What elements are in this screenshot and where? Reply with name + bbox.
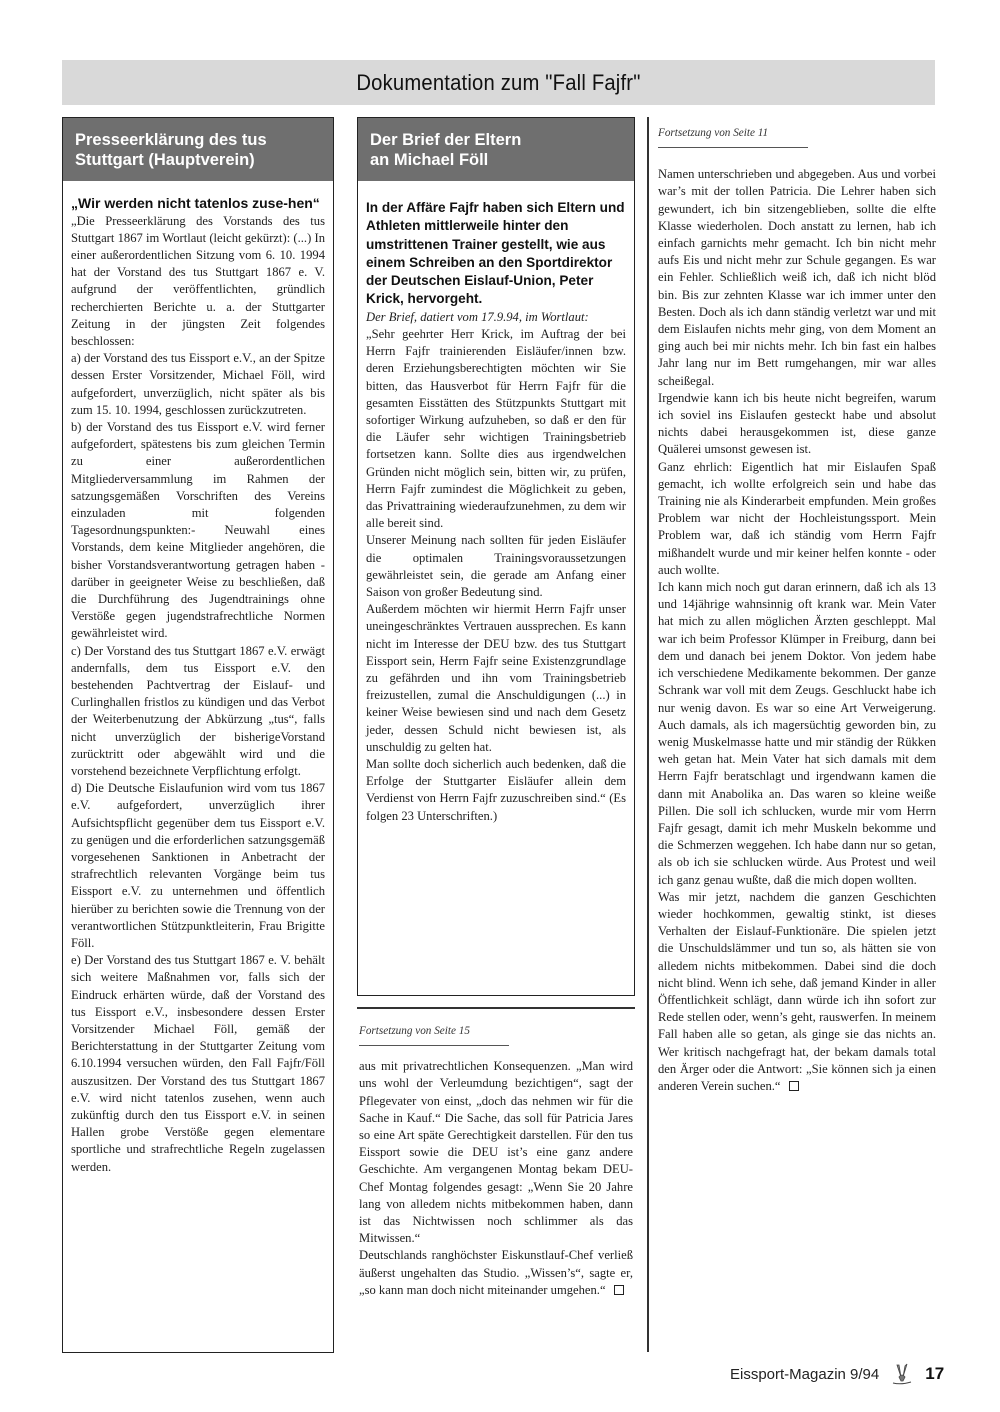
paragraph: Irgendwie kann ich bis heute nicht begre… [658, 390, 936, 459]
parents-letter-box: Der Brief der Eltern an Michael Föll In … [357, 117, 635, 996]
paragraph: Man sollte doch sicherlich auch bedenken… [366, 756, 626, 825]
paragraph: Ich kann mich noch gut daran erinnern, d… [658, 579, 936, 889]
paragraph: b) der Vorstand des tus Eissport e.V. wi… [71, 419, 325, 643]
paragraph: d) Die Deutsche Eislaufunion wird vom tu… [71, 780, 325, 952]
continuation-label: Fortsetzung von Seite 11 [658, 125, 808, 148]
paragraph-text: Deutschlands ranghöchster Eiskunstlauf-C… [359, 1248, 633, 1296]
header-line: Presseerklärung des tus [75, 130, 321, 150]
header-line: Stuttgart (Hauptverein) [75, 150, 321, 170]
paragraph: Ganz ehrlich: Eigentlich hat mir Eislauf… [658, 459, 936, 579]
paragraph: Unserer Meinung nach sollten für jeden E… [366, 532, 626, 601]
parents-letter-header: Der Brief der Eltern an Michael Föll [358, 118, 634, 181]
page-title-band: Dokumentation zum "Fall Fajfr" [62, 60, 935, 105]
parents-letter-body: In der Affäre Fajfr haben sich Eltern un… [358, 181, 634, 825]
press-release-box: Presseerklärung des tus Stuttgart (Haupt… [62, 117, 334, 1353]
parents-letter-intro: Der Brief, datiert vom 17.9.94, im Wortl… [366, 309, 626, 326]
right-column: Fortsetzung von Seite 11 Namen unterschr… [658, 124, 936, 1095]
paragraph: „Sehr geehrter Herr Krick, im Auftrag de… [366, 326, 626, 532]
paragraph: e) Der Vorstand des tus Stuttgart 1867 e… [71, 952, 325, 1176]
paragraph: aus mit privatrechtlichen Konsequenzen. … [359, 1058, 633, 1247]
section-divider [357, 1007, 635, 1009]
press-release-body: „Wir werden nicht tatenlos zuse-hen“ „Di… [63, 181, 333, 1176]
page-footer: Eissport-Magazin 9/94 17 [730, 1361, 960, 1387]
magazine-issue: Eissport-Magazin 9/94 [730, 1366, 879, 1383]
page-number: 17 [925, 1364, 944, 1384]
column-divider [647, 117, 649, 1352]
paragraph: Namen unterschrieben und abgegeben. Aus … [658, 166, 936, 390]
header-line: Der Brief der Eltern [370, 130, 622, 150]
paragraph: Was mir jetzt, nachdem die ganzen Geschi… [658, 889, 936, 1095]
page-title: Dokumentation zum "Fall Fajfr" [356, 70, 640, 96]
paragraph: „Die Presseerklärung des Vorstands des t… [71, 213, 325, 351]
paragraph: a) der Vorstand des tus Eissport e.V., a… [71, 350, 325, 419]
paragraph-text: Was mir jetzt, nachdem die ganzen Geschi… [658, 890, 936, 1093]
press-release-header: Presseerklärung des tus Stuttgart (Haupt… [63, 118, 333, 181]
header-line: an Michael Föll [370, 150, 622, 170]
parents-letter-lead: In der Affäre Fajfr haben sich Eltern un… [366, 199, 626, 309]
end-of-article-box-icon [614, 1285, 624, 1295]
press-release-kicker: „Wir werden nicht tatenlos zuse-hen“ [71, 195, 325, 213]
end-of-article-box-icon [789, 1081, 799, 1091]
paragraph: c) Der Vorstand des tus Stuttgart 1867 e… [71, 643, 325, 781]
paragraph: Außerdem möchten wir hiermit Herrn Fajfr… [366, 601, 626, 756]
paragraph: Deutschlands ranghöchster Eiskunstlauf-C… [359, 1247, 633, 1299]
continuation-label: Fortsetzung von Seite 15 [359, 1023, 509, 1046]
middle-continuation: Fortsetzung von Seite 15 aus mit privatr… [359, 1022, 633, 1299]
skating-figure-icon [889, 1361, 915, 1387]
